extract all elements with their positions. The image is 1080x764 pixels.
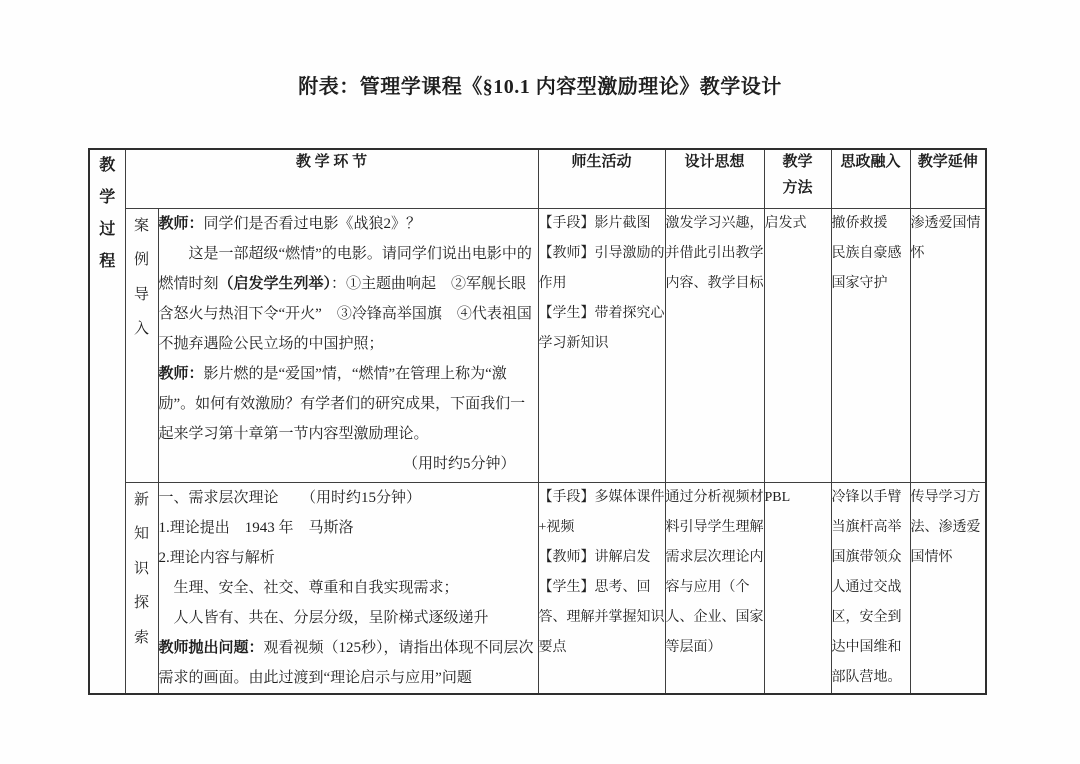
page-title: 附表：管理学课程《§10.1 内容型激励理论》教学设计: [0, 70, 1080, 99]
outline-line: 生理、安全、社交、尊重和自我实现需求；: [159, 573, 538, 603]
activity-cell-new-knowledge: 【手段】多媒体课件+视频 【教师】讲解启发 【学生】思考、回答、理解并掌握知识要…: [538, 482, 665, 694]
teacher-label: 教师：: [159, 216, 204, 232]
ideology-cell-case-intro: 撤侨救援 民族自豪感 国家守护: [831, 208, 910, 482]
inspire-students-label: （启发学生列举）: [219, 276, 332, 292]
design-cell-case-intro: 激发学习兴趣，并借此引出教学内容、教学目标: [665, 208, 764, 482]
column-header-activity: 师生活动: [538, 149, 665, 208]
outline-line: 一、需求层次理论 （用时约15分钟）: [159, 483, 538, 513]
paragraph-movie-description: 这是一部超级“燃情”的电影。请同学们说出电影中的燃情时刻（启发学生列举）：①主题…: [159, 239, 538, 359]
method-text: 启发式: [765, 209, 831, 239]
table-row-new-knowledge: 新知识探索 一、需求层次理论 （用时约15分钟） 1.理论提出 1943 年 马…: [89, 482, 986, 694]
column-header-method-line2: 方法: [765, 176, 831, 202]
activity-item: 【教师】讲解启发: [539, 543, 665, 573]
document-page: 附表：管理学课程《§10.1 内容型激励理论》教学设计 教学过程 教 学 环 节…: [0, 0, 1080, 764]
stage-content-new-knowledge: 一、需求层次理论 （用时约15分钟） 1.理论提出 1943 年 马斯洛 2.理…: [158, 482, 538, 694]
stage-content-case-intro: 教师：同学们是否看过电影《战狼2》？ 这是一部超级“燃情”的电影。请同学们说出电…: [158, 208, 538, 482]
activity-cell-case-intro: 【手段】影片截图 【教师】引导激励的作用 【学生】带着探究心学习新知识: [538, 208, 665, 482]
header-row: 教学过程 教 学 环 节 师生活动 设计思想 教学 方法 思政融入 教学延伸: [89, 149, 986, 208]
ideology-item: 国家守护: [832, 269, 910, 299]
ideology-cell-new-knowledge: 冷锋以手臂当旗杆高举国旗带领众人通过交战区，安全到达中国维和部队营地。: [831, 482, 910, 694]
column-header-extension: 教学延伸: [910, 149, 986, 208]
process-label-cell: 教学过程: [89, 149, 125, 694]
paragraph-teacher-summary: 教师：影片燃的是“爱国”情，“燃情”在管理上称为“激励”。如何有效激励？有学者们…: [159, 359, 538, 449]
extension-text: 传导学习方法、渗透爱国情怀: [911, 483, 986, 573]
ideology-item: 民族自豪感: [832, 239, 910, 269]
column-header-method: 教学 方法: [764, 149, 831, 208]
paragraph-text: 影片燃的是“爱国”情，“燃情”在管理上称为“激励”。如何有效激励？有学者们的研究…: [159, 366, 526, 442]
outline-line: 人人皆有、共在、分层分级，呈阶梯式逐级递升: [159, 603, 538, 633]
column-header-ideology: 思政融入: [831, 149, 910, 208]
ideology-item: 冷锋以手臂当旗杆高举国旗带领众人通过交战区，安全到达中国维和部队营地。: [832, 483, 910, 694]
stage-label-cell-new-knowledge: 新知识探索: [125, 482, 158, 694]
process-label: 教学过程: [99, 150, 116, 278]
column-header-design: 设计思想: [665, 149, 764, 208]
paragraph-teacher-prompt: 教师抛出问题：观看视频（125秒），请指出体现不同层次需求的画面。由此过渡到“理…: [159, 633, 538, 693]
extension-cell-case-intro: 渗透爱国情怀: [910, 208, 986, 482]
stage-label-new-knowledge: 新知识探索: [134, 483, 150, 656]
stage-label-case-intro: 案例导入: [134, 209, 150, 347]
extension-text: 渗透爱国情怀: [911, 209, 986, 269]
activity-item: 【学生】带着探究心学习新知识: [539, 299, 665, 359]
extension-cell-new-knowledge: 传导学习方法、渗透爱国情怀: [910, 482, 986, 694]
design-text: 激发学习兴趣，并借此引出教学内容、教学目标: [666, 209, 764, 299]
teacher-label: 教师：: [159, 366, 204, 382]
teacher-question-label: 教师抛出问题：: [159, 640, 264, 656]
activity-item: 【学生】思考、回答、理解并掌握知识要点: [539, 573, 665, 663]
lesson-design-table: 教学过程 教 学 环 节 师生活动 设计思想 教学 方法 思政融入 教学延伸 案…: [88, 148, 987, 695]
method-cell-new-knowledge: PBL: [764, 482, 831, 694]
outline-line: 2.理论内容与解析: [159, 543, 538, 573]
activity-item: 【手段】多媒体课件+视频: [539, 483, 665, 543]
outline-line: 1.理论提出 1943 年 马斯洛: [159, 513, 538, 543]
design-cell-new-knowledge: 通过分析视频材料引导学生理解需求层次理论内容与应用（个人、企业、国家等层面）: [665, 482, 764, 694]
paragraph-text: 同学们是否看过电影《战狼2》？: [204, 216, 422, 232]
design-text: 通过分析视频材料引导学生理解需求层次理论内容与应用（个人、企业、国家等层面）: [666, 483, 764, 664]
activity-item: 【手段】影片截图: [539, 209, 665, 239]
duration-note: （用时约5分钟）: [159, 449, 538, 479]
paragraph-teacher-question: 教师：同学们是否看过电影《战狼2》？: [159, 209, 538, 239]
method-text: PBL: [765, 483, 831, 513]
column-header-method-line1: 教学: [765, 150, 831, 176]
column-header-stage: 教 学 环 节: [125, 149, 538, 208]
ideology-item: 撤侨救援: [832, 209, 910, 239]
stage-label-cell-case-intro: 案例导入: [125, 208, 158, 482]
table-row-case-intro: 案例导入 教师：同学们是否看过电影《战狼2》？ 这是一部超级“燃情”的电影。请同…: [89, 208, 986, 482]
method-cell-case-intro: 启发式: [764, 208, 831, 482]
activity-item: 【教师】引导激励的作用: [539, 239, 665, 299]
